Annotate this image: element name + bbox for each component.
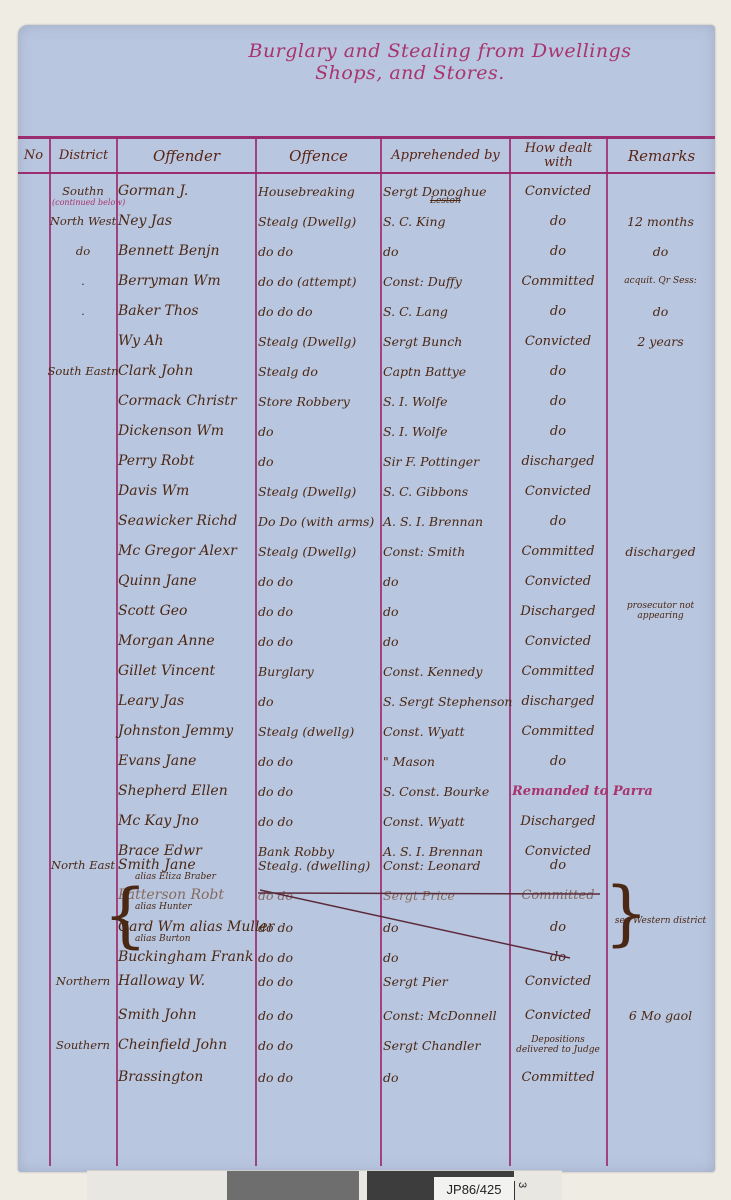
calibration-strip: JP86/425 3 (87, 1170, 562, 1200)
scale-number: 3 (516, 1182, 528, 1188)
archive-reference: JP86/425 (434, 1177, 514, 1200)
scale-tick (514, 1181, 515, 1200)
strike-through-lines (0, 0, 731, 1200)
grey-patch-mid (227, 1171, 359, 1200)
